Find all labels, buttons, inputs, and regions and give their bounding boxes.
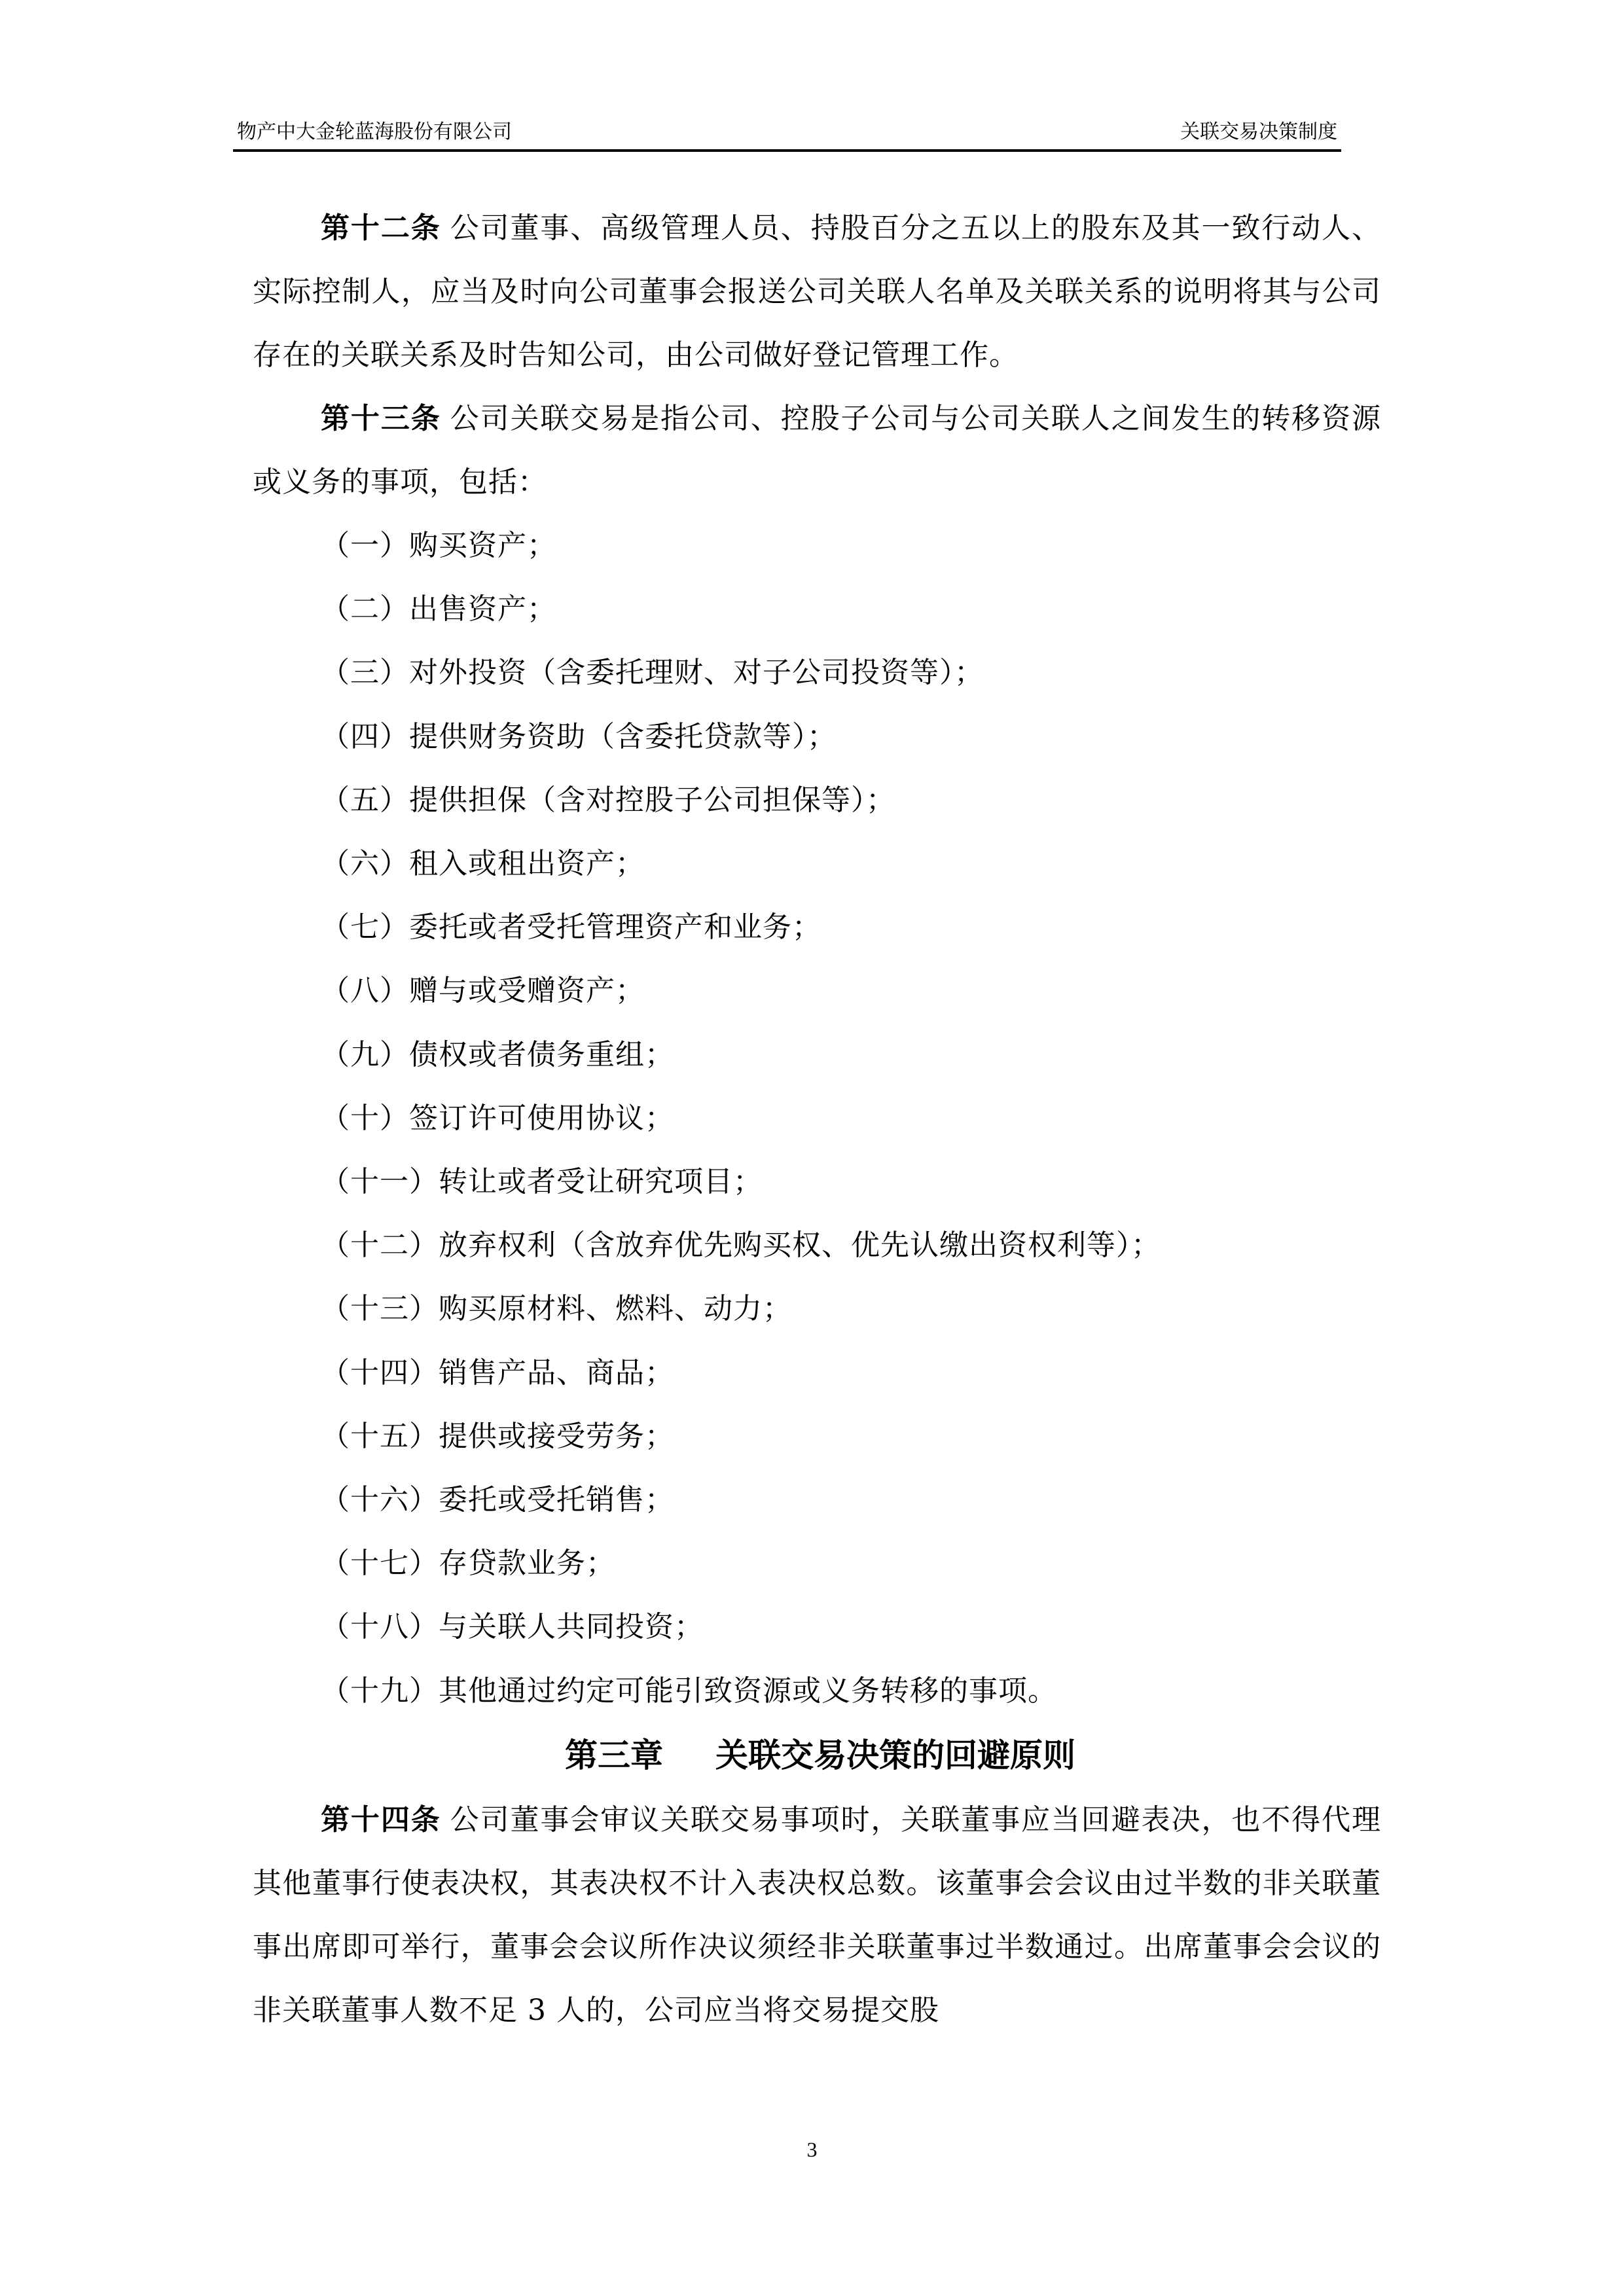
article-13-list: （一）购买资产； （二）出售资产； （三）对外投资（含委托理财、对子公司投资等）… [253,514,1381,1723]
chapter-number: 第三章 [565,1736,663,1774]
list-item: （三）对外投资（含委托理财、对子公司投资等）； [253,641,1381,704]
list-item: （十一）转让或者受让研究项目； [253,1150,1381,1213]
list-item: （十五）提供或接受劳务； [253,1405,1381,1468]
document-body: 第十二条公司董事、高级管理人员、持股百分之五以上的股东及其一致行动人、实际控制人… [253,196,1381,2042]
list-item: （八）赠与或受赠资产； [253,959,1381,1022]
header-company-name: 物产中大金轮蓝海股份有限公司 [237,120,512,144]
header-document-title: 关联交易决策制度 [1180,120,1337,144]
list-item: （十）签订许可使用协议； [253,1086,1381,1150]
list-item: （四）提供财务资助（含委托贷款等）； [253,705,1381,768]
article-12-label: 第十二条 [321,211,441,245]
chapter-heading: 第三章关联交易决策的回避原则 [253,1723,1381,1788]
article-13: 第十三条公司关联交易是指公司、控股子公司与公司关联人之间发生的转移资源或义务的事… [253,387,1381,514]
list-item: （二）出售资产； [253,577,1381,641]
article-14: 第十四条公司董事会审议关联交易事项时，关联董事应当回避表决，也不得代理其他董事行… [253,1788,1381,2042]
list-item: （五）提供担保（含对控股子公司担保等）； [253,768,1381,832]
list-item: （十二）放弃权利（含放弃优先购买权、优先认缴出资权利等）； [253,1213,1381,1277]
list-item: （六）租入或租出资产； [253,832,1381,895]
list-item: （一）购买资产； [253,514,1381,577]
article-14-label: 第十四条 [321,1803,441,1837]
list-item: （十六）委托或受托销售； [253,1468,1381,1532]
page-number: 3 [0,2138,1624,2162]
article-14-text: 公司董事会审议关联交易事项时，关联董事应当回避表决，也不得代理其他董事行使表决权… [253,1803,1381,2027]
chapter-title: 关联交易决策的回避原则 [715,1736,1075,1774]
page-header: 物产中大金轮蓝海股份有限公司 关联交易决策制度 [233,113,1341,152]
list-item: （十三）购买原材料、燃料、动力； [253,1277,1381,1340]
article-12: 第十二条公司董事、高级管理人员、持股百分之五以上的股东及其一致行动人、实际控制人… [253,196,1381,387]
list-item: （十八）与关联人共同投资； [253,1595,1381,1659]
list-item: （十九）其他通过约定可能引致资源或义务转移的事项。 [253,1659,1381,1723]
list-item: （十四）销售产品、商品； [253,1341,1381,1405]
list-item: （十七）存贷款业务； [253,1532,1381,1595]
article-13-label: 第十三条 [321,402,441,435]
list-item: （九）债权或者债务重组； [253,1023,1381,1086]
list-item: （七）委托或者受托管理资产和业务； [253,895,1381,959]
